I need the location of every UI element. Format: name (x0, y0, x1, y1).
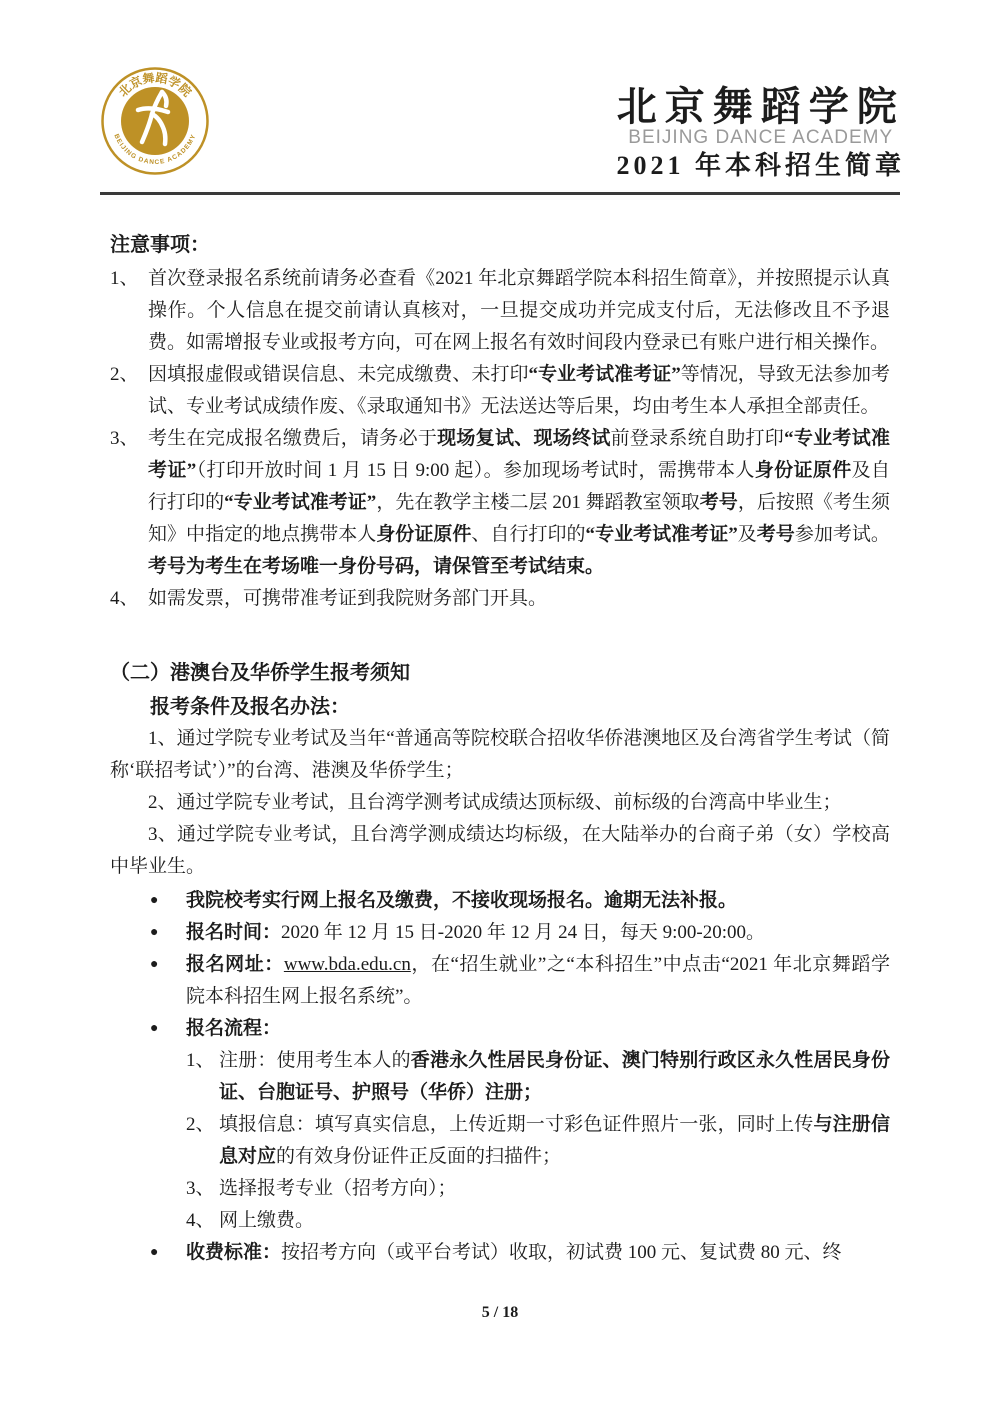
bullet-icon: ● (150, 1237, 186, 1269)
bullet-registration-process: ● 报名流程： (110, 1013, 890, 1045)
list-number: 1、 (110, 263, 148, 359)
bullet-icon: ● (150, 917, 186, 949)
header-divider (100, 192, 900, 195)
bullet-text: 我院校考实行网上报名及缴费，不接收现场报名。逾期无法补报。 (186, 885, 890, 917)
bullet-icon: ● (150, 1013, 186, 1045)
section2-heading: （二）港澳台及华侨学生报考须知 (110, 657, 890, 689)
process-step-1: 1、 注册：使用考生本人的香港永久性居民身份证、澳门特别行政区永久性居民身份证、… (186, 1045, 890, 1109)
bullet-text: 报名流程： (186, 1013, 890, 1045)
notice-text: 因填报虚假或错误信息、未完成缴费、未打印“专业考试准考证”等情况，导致无法参加考… (148, 359, 890, 423)
bullet-fee-standard: ● 收费标准：按招考方向（或平台考试）收取，初试费 100 元、复试费 80 元… (110, 1237, 890, 1269)
step-number: 1、 (186, 1045, 219, 1109)
bullet-icon: ● (150, 949, 186, 1013)
notice-item-3: 3、 考生在完成报名缴费后，请务必于现场复试、现场终试前登录系统自助打印“专业考… (110, 423, 890, 583)
bullet-registration-website: ● 报名网址：www.bda.edu.cn，在“招生就业”之“本科招生”中点击“… (110, 949, 890, 1013)
page-header: 北京舞蹈学院 BEIJING DANCE ACADEMY 北京舞蹈学院 BEIJ… (0, 0, 1000, 183)
header-titles: 北京舞蹈学院 BEIJING DANCE ACADEMY 2021 年本科招生简… (616, 86, 905, 183)
condition-paragraph-2: 2、通过学院专业考试，且台湾学测考试成绩达顶标级、前标级的台湾高中毕业生； (110, 787, 890, 819)
process-step-3: 3、 选择报考专业（招考方向）； (186, 1173, 890, 1205)
bullet-text: 收费标准：按招考方向（或平台考试）收取，初试费 100 元、复试费 80 元、终 (186, 1237, 890, 1269)
registration-url-link[interactable]: www.bda.edu.cn (284, 954, 411, 975)
step-text: 注册：使用考生本人的香港永久性居民身份证、澳门特别行政区永久性居民身份证、台胞证… (219, 1045, 890, 1109)
academy-title-en: BEIJING DANCE ACADEMY (616, 128, 905, 149)
process-steps: 1、 注册：使用考生本人的香港永久性居民身份证、澳门特别行政区永久性居民身份证、… (186, 1045, 890, 1237)
bullet-online-only: ● 我院校考实行网上报名及缴费，不接收现场报名。逾期无法补报。 (110, 885, 890, 917)
notice-text: 考生在完成报名缴费后，请务必于现场复试、现场终试前登录系统自助打印“专业考试准考… (148, 423, 890, 583)
process-step-2: 2、 填报信息：填写真实信息，上传近期一寸彩色证件照片一张，同时上传与注册信息对… (186, 1109, 890, 1173)
bullet-text: 报名时间：2020 年 12 月 15 日-2020 年 12 月 24 日，每… (186, 917, 890, 949)
seal-inner-circle (121, 87, 189, 155)
step-number: 4、 (186, 1205, 219, 1237)
condition-paragraph-1: 1、通过学院专业考试及当年“普通高等院校联合招收华侨港澳地区及台湾省学生考试（简… (110, 723, 890, 787)
notices-heading: 注意事项： (110, 229, 890, 261)
bullet-icon: ● (150, 885, 186, 917)
brochure-subtitle: 2021 年本科招生简章 (616, 149, 905, 183)
notice-item-2: 2、 因填报虚假或错误信息、未完成缴费、未打印“专业考试准考证”等情况，导致无法… (110, 359, 890, 423)
page-number: 5 / 18 (0, 1304, 1000, 1322)
condition-paragraph-3: 3、通过学院专业考试，且台湾学测成绩达均标级，在大陆举办的台商子弟（女）学校高中… (110, 819, 890, 883)
process-step-4: 4、 网上缴费。 (186, 1205, 890, 1237)
list-number: 4、 (110, 583, 148, 615)
notice-item-1: 1、 首次登录报名系统前请务必查看《2021 年北京舞蹈学院本科招生简章》，并按… (110, 263, 890, 359)
bullet-registration-time: ● 报名时间：2020 年 12 月 15 日-2020 年 12 月 24 日… (110, 917, 890, 949)
list-number: 2、 (110, 359, 148, 423)
bullet-text: 报名网址：www.bda.edu.cn，在“招生就业”之“本科招生”中点击“20… (186, 949, 890, 1013)
section2-subheading: 报考条件及报名办法： (150, 691, 890, 723)
step-text: 网上缴费。 (219, 1205, 890, 1237)
notice-text: 如需发票，可携带准考证到我院财务部门开具。 (148, 583, 890, 615)
notice-text: 首次登录报名系统前请务必查看《2021 年北京舞蹈学院本科招生简章》，并按照提示… (148, 263, 890, 359)
step-number: 2、 (186, 1109, 219, 1173)
list-number: 3、 (110, 423, 148, 583)
academy-seal-logo: 北京舞蹈学院 BEIJING DANCE ACADEMY (100, 66, 210, 176)
bullet-list: ● 我院校考实行网上报名及缴费，不接收现场报名。逾期无法补报。 ● 报名时间：2… (110, 885, 890, 1269)
academy-title-cn: 北京舞蹈学院 (616, 86, 905, 128)
notice-item-4: 4、 如需发票，可携带准考证到我院财务部门开具。 (110, 583, 890, 615)
document-page: 北京舞蹈学院 BEIJING DANCE ACADEMY 北京舞蹈学院 BEIJ… (0, 0, 1000, 1414)
step-text: 填报信息：填写真实信息，上传近期一寸彩色证件照片一张，同时上传与注册信息对应的有… (219, 1109, 890, 1173)
step-number: 3、 (186, 1173, 219, 1205)
step-text: 选择报考专业（招考方向）； (219, 1173, 890, 1205)
document-body: 注意事项： 1、 首次登录报名系统前请务必查看《2021 年北京舞蹈学院本科招生… (110, 229, 890, 1269)
